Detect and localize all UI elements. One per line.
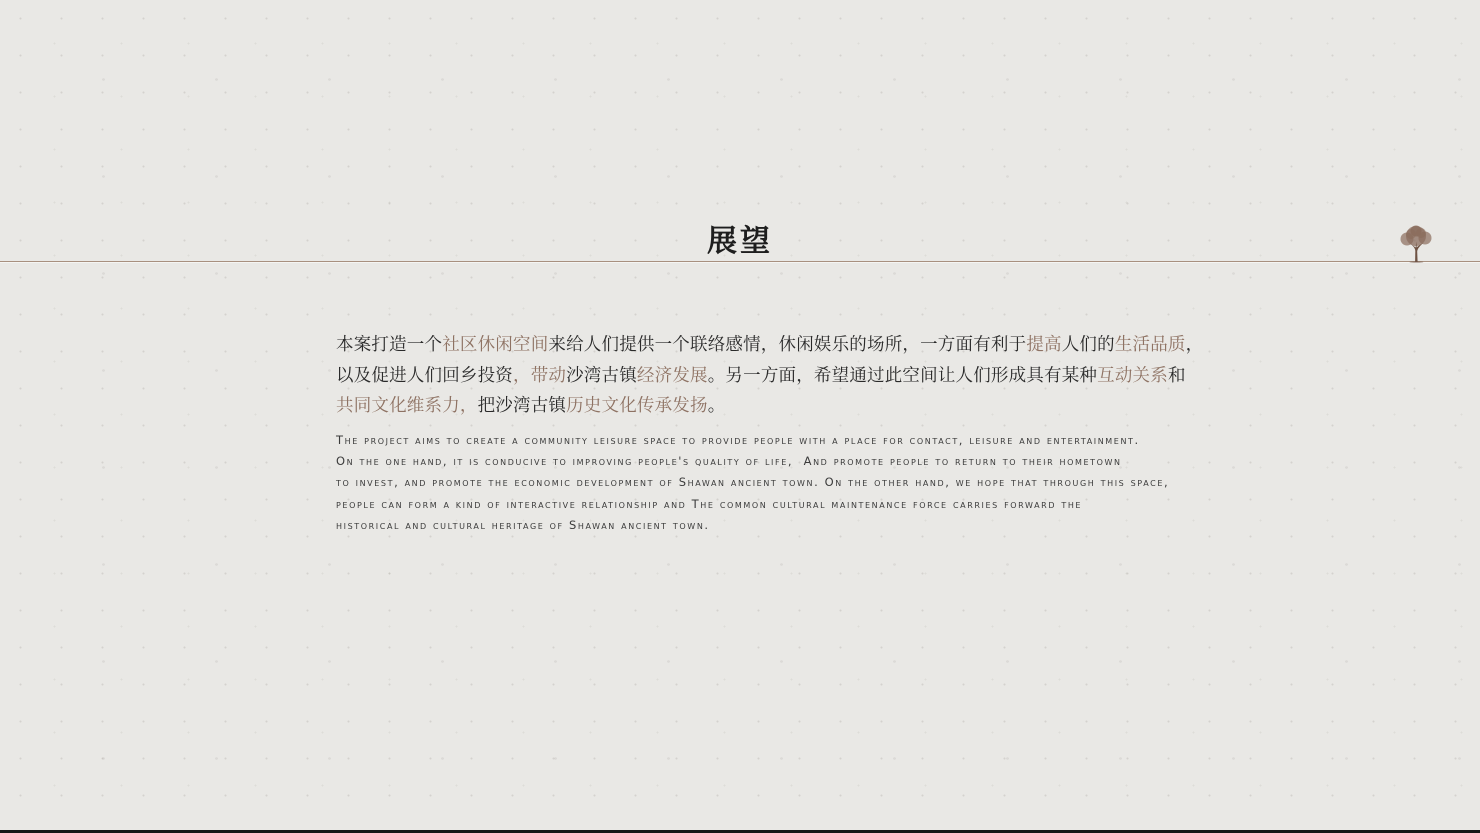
en-line: to invest, and promote the economic deve… <box>336 472 1216 493</box>
content-block: 本案打造一个社区休闲空间来给人们提供一个联络感情，休闲娱乐的场所，一方面有利于提… <box>336 329 1216 537</box>
slide: 展望 本案打造一个社区休闲空间来给人们提供一个联络感情，休闲娱乐的场所，一方面有… <box>0 0 1480 833</box>
page-title: 展望 <box>0 216 1480 260</box>
cn-accent-segment: 生活品质 <box>1115 334 1186 354</box>
cn-line: 共同文化维系力，把沙湾古镇历史文化传承发扬。 <box>336 390 1216 421</box>
cn-accent-segment: 提高 <box>1026 334 1061 354</box>
cn-text-segment: 人们的 <box>1062 334 1115 354</box>
cn-accent-segment: ，带动 <box>513 365 566 385</box>
tree-icon <box>1396 224 1438 263</box>
cn-accent-segment: 经济发展 <box>637 365 708 385</box>
cn-text-segment: 来给人们提供一个联络感情，休闲娱乐的场所，一方面有利于 <box>548 334 1026 354</box>
cn-accent-segment: 互动关系 <box>1097 365 1168 385</box>
cn-paragraph: 本案打造一个社区休闲空间来给人们提供一个联络感情，休闲娱乐的场所，一方面有利于提… <box>336 329 1216 421</box>
cn-text-segment: 沙湾古镇 <box>566 365 637 385</box>
en-line: people can form a kind of interactive re… <box>336 494 1216 515</box>
cn-line: 本案打造一个社区休闲空间来给人们提供一个联络感情，休闲娱乐的场所，一方面有利于提… <box>336 329 1216 360</box>
cn-text-segment: 和 <box>1168 365 1186 385</box>
en-paragraph: The project aims to create a community l… <box>336 430 1216 537</box>
divider-line <box>0 261 1480 263</box>
cn-accent-segment: 社区休闲空间 <box>442 334 548 354</box>
en-line: historical and cultural heritage of Shaw… <box>336 515 1216 536</box>
cn-text-segment: ， <box>1186 334 1204 354</box>
cn-line: 以及促进人们回乡投资，带动沙湾古镇经济发展。另一方面，希望通过此空间让人们形成具… <box>336 360 1216 391</box>
cn-text-segment: 。另一方面，希望通过此空间让人们形成具有某种 <box>708 365 1097 385</box>
cn-accent-segment: 共同文化维系力， <box>336 395 478 415</box>
cn-text-segment: 以及促进人们回乡投资 <box>336 365 513 385</box>
en-line: On the one hand, it is conducive to impr… <box>336 451 1216 472</box>
cn-text-segment: 本案打造一个 <box>336 334 442 354</box>
cn-accent-segment: 历史文化传承发扬 <box>566 395 708 415</box>
cn-text-segment: 。 <box>708 395 726 415</box>
cn-text-segment: 把沙湾古镇 <box>478 395 567 415</box>
en-line: The project aims to create a community l… <box>336 430 1216 451</box>
